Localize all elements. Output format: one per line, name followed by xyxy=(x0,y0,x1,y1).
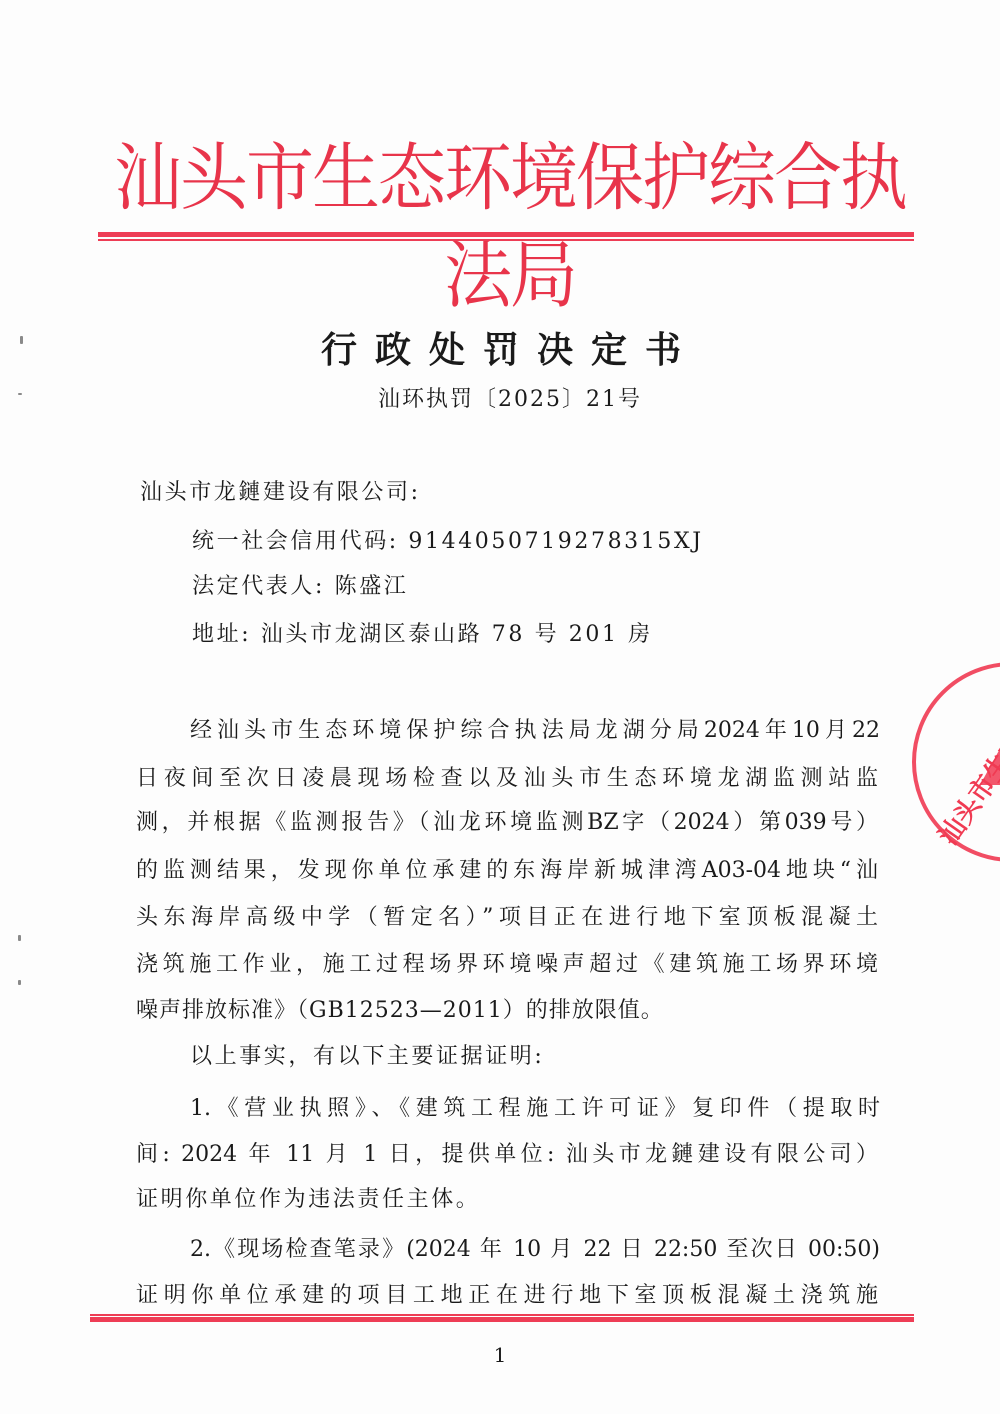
document-number: 汕环执罚〔2025〕21号 xyxy=(300,380,720,420)
evidence-intro: 以上事实，有以下主要证据证明: xyxy=(190,1042,544,1072)
agency-masthead: 汕头市生态环境保护综合执法局 xyxy=(100,131,920,325)
evidence-line: 证明你单位作为违法责任主体。 xyxy=(136,1185,480,1215)
scan-speck xyxy=(20,336,23,344)
header-red-rule xyxy=(98,232,914,240)
paragraph-line: 浇筑施工作业，施工过程场界环境噪声超过《建筑施工场界环境 xyxy=(136,950,878,980)
credit-code: 统一社会信用代码: 9144050719278315XJ xyxy=(192,527,704,557)
scan-speck xyxy=(18,393,22,395)
recipient-company: 汕头市龙鏈建设有限公司: xyxy=(140,478,421,508)
header-rule-thin xyxy=(98,239,914,241)
evidence-line: 间: 2024 年 11 月 1 日，提供单位: 汕头市龙鏈建设有限公司） xyxy=(136,1140,878,1170)
evidence-line: 证明你单位承建的项目工地正在进行地下室顶板混凝土浇筑施 xyxy=(136,1281,878,1311)
page-number: 1 xyxy=(480,1342,520,1368)
evidence-line: 2.《现场检查笔录》(2024 年 10 月 22 日 22:50 至次日 00… xyxy=(190,1235,880,1265)
paragraph-line: 日夜间至次日凌晨现场检查以及汕头市生态环境龙湖监测站监 xyxy=(136,764,878,794)
evidence-line: 1.《营业执照》、《建筑工程施工许可证》复印件（提取时 xyxy=(190,1094,880,1124)
address: 地址: 汕头市龙湖区泰山路 78 号 201 房 xyxy=(192,620,653,650)
legal-representative: 法定代表人: 陈盛江 xyxy=(192,572,408,602)
paragraph-line: 经汕头市生态环境保护综合执法局龙湖分局2024年10月22 xyxy=(190,716,880,746)
scan-speck xyxy=(18,980,21,985)
scan-speck xyxy=(18,935,21,941)
footer-rule-thick xyxy=(90,1317,914,1322)
paragraph-line: 的监测结果，发现你单位承建的东海岸新城津湾A03-04地块“汕 xyxy=(136,856,878,886)
document-title: 行政处罚决定书 xyxy=(300,322,720,378)
paragraph-line: 测，并根据《监测报告》（汕龙环境监测BZ字（2024）第039号） xyxy=(136,808,878,838)
document-page: 汕头市生态环境保护综合执法局 行政处罚决定书 汕环执罚〔2025〕21号 汕头市… xyxy=(0,0,1000,1414)
header-rule-thick xyxy=(98,232,914,237)
footer-rule-thin xyxy=(90,1314,914,1316)
footer-red-rule xyxy=(90,1314,914,1322)
paragraph-line: 噪声排放标准》（GB12523—2011）的排放限值。 xyxy=(136,996,664,1026)
paragraph-line: 头东海岸高级中学（暂定名）”项目正在进行地下室顶板混凝土 xyxy=(136,903,878,933)
